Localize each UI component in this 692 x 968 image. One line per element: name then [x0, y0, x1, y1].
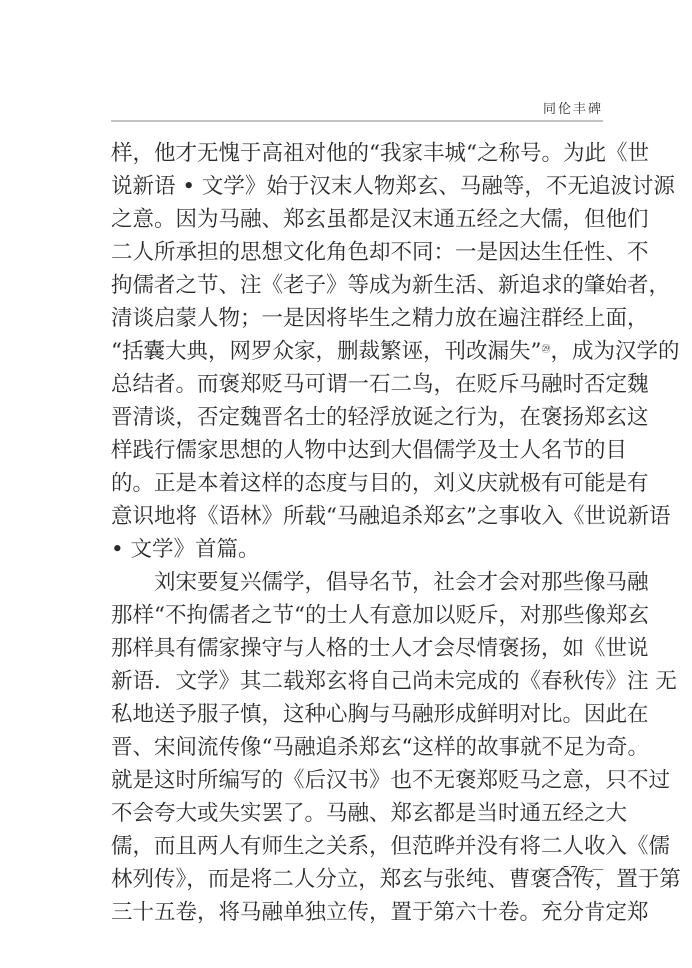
text-line: 不会夸大或失实罢了。马融、郑玄都是当时通五经之大 — [111, 801, 605, 834]
paragraph-start-line: 刘宋要复兴儒学，倡导名节，社会才会对那些像马融 — [111, 570, 605, 603]
text-line: 那样“不拘儒者之节“的士人有意加以贬斥，对那些像郑玄 — [111, 603, 605, 636]
text-line: 说新语 • 文学》始于汉末人物郑玄、马融等，不无追波讨源 — [111, 174, 605, 207]
text-line: 二人所承担的思想文化角色却不同：一是因达生任性、不 — [111, 240, 605, 273]
text-line: 林列传》，而是将二人分立，郑玄与张纯、曹褒合传，置于第 — [111, 867, 605, 900]
quote-tail: ，成为汉学的 — [551, 339, 680, 364]
text-line: 拘儒者之节、注《老子》等成为新生活、新追求的肇始者， — [111, 273, 605, 306]
body-text: 样，他才无愧于高祖对他的“我家丰城“之称号。为此《世 说新语 • 文学》始于汉末… — [111, 141, 605, 933]
quote-text: “括囊大典，网罗众家，删裁繁诬，刊改漏失” — [111, 339, 542, 364]
text-line: 儒，而且两人有师生之关系，但范晔并没有将二人收入《儒 — [111, 834, 605, 867]
header-rule — [111, 120, 603, 122]
text-line: 总结者。而褒郑贬马可谓一石二鸟，在贬斥马融时否定魏 — [111, 372, 605, 405]
text-line: 样践行儒家思想的人物中达到大倡儒学及士人名节的目 — [111, 438, 605, 471]
text-line-with-footnote: “括囊大典，网罗众家，删裁繁诬，刊改漏失”㉙，成为汉学的 — [111, 339, 605, 372]
text-line: 那样具有儒家操守与人格的士人才会尽情褒扬，如《世说 — [111, 636, 605, 669]
text-line: 样，他才无愧于高祖对他的“我家丰城“之称号。为此《世 — [111, 141, 605, 174]
text-line: 新语．文学》其二载郑玄将自己尚未完成的《春秋传》注 无 — [111, 669, 605, 702]
text-line: 清谈启蒙人物；一是因将毕生之精力放在遍注群经上面， — [111, 306, 605, 339]
text-line: 意识地将《语林》所载“马融追杀郑玄”之事收入《世说新语 — [111, 504, 605, 537]
running-header-title: 同伦丰碑 — [111, 98, 603, 120]
text-line: 的。正是本着这样的态度与目的，刘义庆就极有可能是有 — [111, 471, 605, 504]
footnote-marker[interactable]: ㉙ — [542, 345, 551, 355]
paragraph-end-line: • 文学》首篇。 — [111, 537, 605, 570]
text-line: 晋清谈，否定魏晋名士的轻浮放诞之行为，在褒扬郑玄这 — [111, 405, 605, 438]
text-line: 私地送予服子慎，这种心胸与马融形成鲜明对比。因此在 — [111, 702, 605, 735]
text-line: 就是这时所编写的《后汉书》也不无褒郑贬马之意，只不过 — [111, 768, 605, 801]
page-number: － 577 － — [540, 860, 606, 880]
text-line: 之意。因为马融、郑玄虽都是汉末通五经之大儒，但他们 — [111, 207, 605, 240]
text-line: 三十五卷，将马融单独立传，置于第六十卷。充分肯定郑 — [111, 900, 605, 933]
text-line: 晋、宋间流传像“马融追杀郑玄“这样的故事就不足为奇。 — [111, 735, 605, 768]
